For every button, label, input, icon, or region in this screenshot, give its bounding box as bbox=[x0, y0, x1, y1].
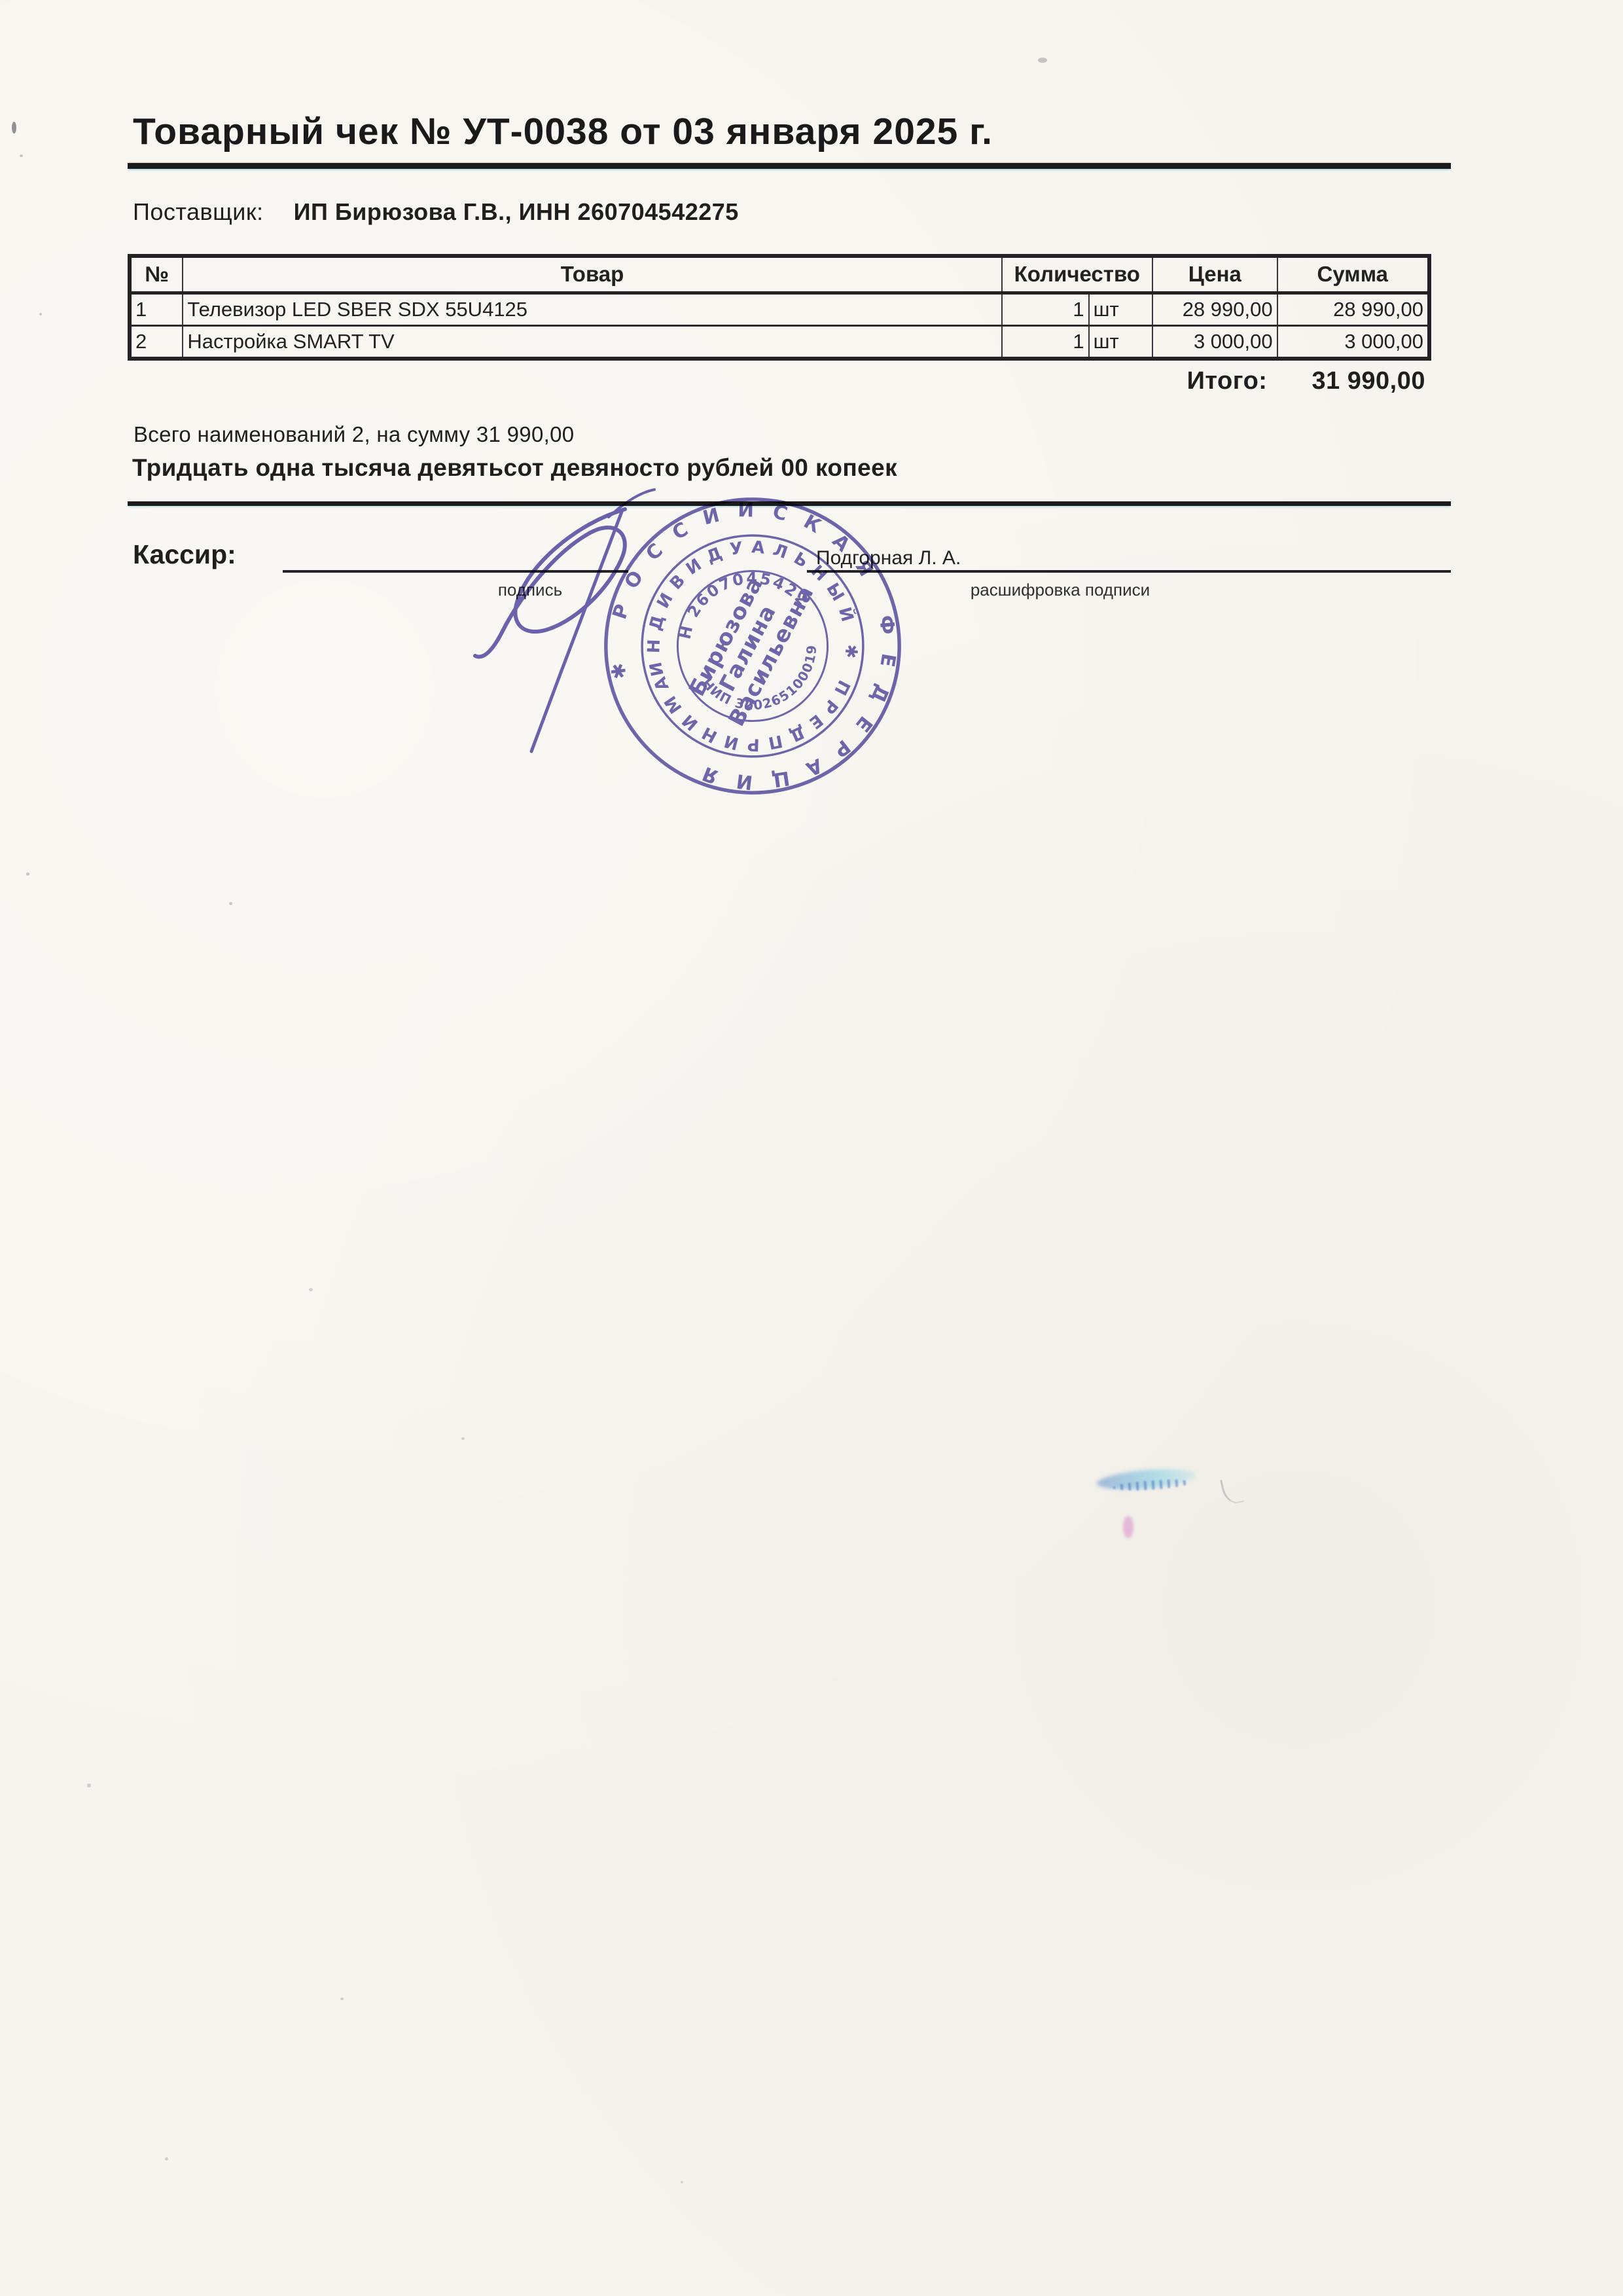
row-unit: шт bbox=[1089, 293, 1152, 326]
pink-smudge bbox=[1123, 1516, 1133, 1538]
items-table: № Товар Количество Цена Сумма 1 Телевизо… bbox=[128, 254, 1431, 361]
row-number: 2 bbox=[130, 326, 183, 359]
row-price: 3 000,00 bbox=[1152, 326, 1277, 359]
scan-speck bbox=[1038, 58, 1047, 63]
row-item-name: Телевизор LED SBER SDX 55U4125 bbox=[183, 293, 1001, 326]
scan-speck bbox=[681, 2181, 683, 2183]
col-header-item: Товар bbox=[183, 256, 1001, 293]
scan-speck bbox=[26, 872, 29, 876]
row-sum: 28 990,00 bbox=[1277, 293, 1429, 326]
supplier-row: Поставщик:ИП Бирюзова Г.В., ИНН 26070454… bbox=[133, 198, 739, 226]
scan-artifact-curve bbox=[1220, 1476, 1244, 1505]
total-line: Итого:31 990,00 bbox=[128, 367, 1425, 395]
scan-speck bbox=[229, 902, 232, 905]
supplier-label: Поставщик: bbox=[133, 198, 264, 225]
col-header-qty: Количество bbox=[1002, 256, 1152, 293]
title-underline-rule bbox=[128, 163, 1451, 169]
col-header-price: Цена bbox=[1152, 256, 1277, 293]
company-stamp: ✱ РОССИЙСКАЯ ФЕДЕРАЦИЯ ИНДИВИДУАЛЬНЫЙ ✱ … bbox=[597, 491, 908, 801]
row-item-name: Настройка SMART TV bbox=[183, 326, 1001, 359]
row-price: 28 990,00 bbox=[1152, 293, 1277, 326]
total-value: 31 990,00 bbox=[1311, 367, 1425, 395]
cashier-label: Кассир: bbox=[133, 539, 236, 570]
scan-speck bbox=[39, 313, 42, 315]
scan-speck bbox=[461, 1437, 465, 1440]
table-row: 1 Телевизор LED SBER SDX 55U4125 1 шт 28… bbox=[130, 293, 1429, 326]
receipt-title: Товарный чек № УТ-0038 от 03 января 2025… bbox=[133, 110, 993, 153]
col-header-sum: Сумма bbox=[1277, 256, 1429, 293]
scan-speck bbox=[340, 1998, 344, 2000]
table-row: 2 Настройка SMART TV 1 шт 3 000,00 3 000… bbox=[130, 326, 1429, 359]
scan-speck bbox=[165, 2157, 168, 2161]
total-label: Итого: bbox=[1187, 367, 1268, 395]
col-header-num: № bbox=[130, 256, 183, 293]
scan-speck bbox=[309, 1288, 313, 1291]
items-summary: Всего наименований 2, на сумму 31 990,00 bbox=[134, 422, 574, 447]
scanned-receipt-page: Товарный чек № УТ-0038 от 03 января 2025… bbox=[0, 0, 1623, 2296]
row-quantity: 1 bbox=[1002, 326, 1089, 359]
supplier-value: ИП Бирюзова Г.В., ИНН 260704542275 bbox=[294, 198, 739, 225]
row-quantity: 1 bbox=[1002, 293, 1089, 326]
row-number: 1 bbox=[130, 293, 183, 326]
row-unit: шт bbox=[1089, 326, 1152, 359]
row-sum: 3 000,00 bbox=[1277, 326, 1429, 359]
table-header-row: № Товар Количество Цена Сумма bbox=[130, 256, 1429, 293]
scan-speck bbox=[87, 1784, 91, 1787]
scan-speck bbox=[20, 154, 23, 157]
scan-speck bbox=[12, 122, 16, 134]
